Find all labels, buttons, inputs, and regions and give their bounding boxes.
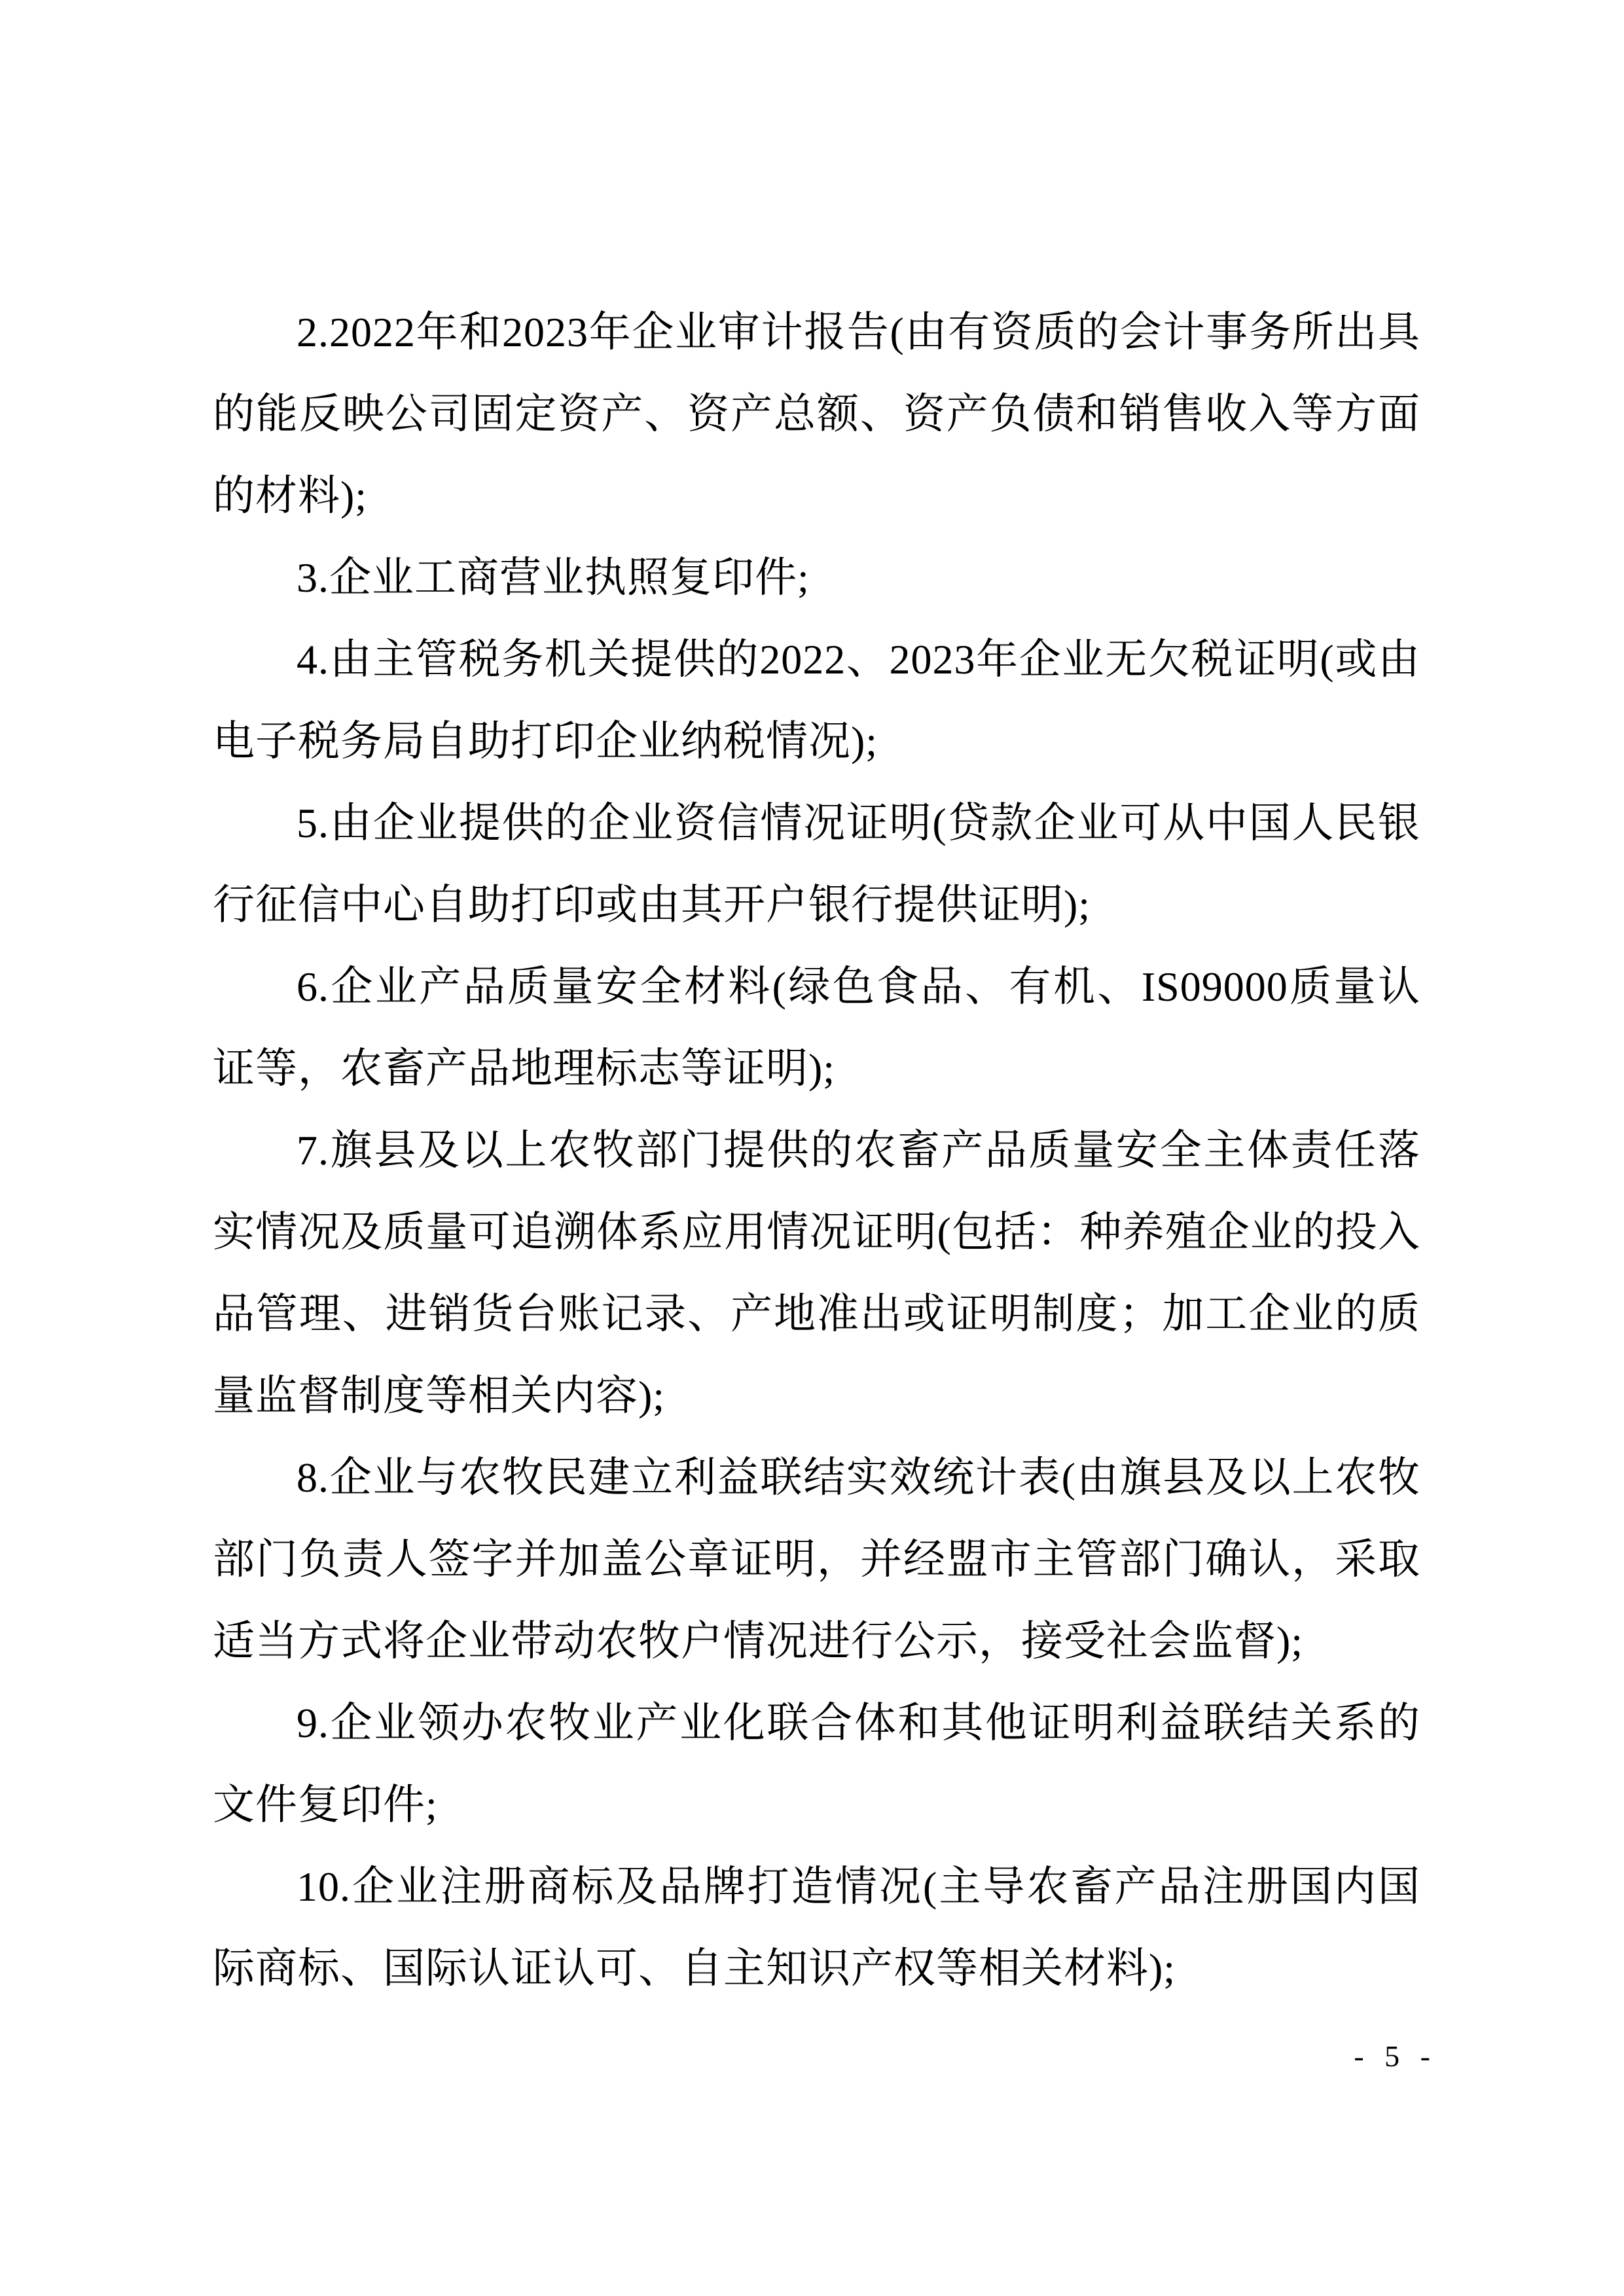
- paragraph-item-8: 8.企业与农牧民建立利益联结实效统计表(由旗县及以上农牧部门负责人签字并加盖公章…: [213, 1437, 1420, 1682]
- paragraph-item-9: 9.企业领办农牧业产业化联合体和其他证明利益联结关系的文件复印件;: [213, 1682, 1420, 1846]
- document-page: 2.2022年和2023年企业审计报告(由有资质的会计事务所出具的能反映公司固定…: [0, 0, 1624, 2296]
- page-number-label: - 5 -: [1354, 2037, 1437, 2076]
- paragraph-item-10: 10.企业注册商标及品牌打造情况(主导农畜产品注册国内国际商标、国际认证认可、自…: [213, 1846, 1420, 2009]
- paragraph-item-6: 6.企业产品质量安全材料(绿色食品、有机、IS09000质量认证等，农畜产品地理…: [213, 946, 1420, 1109]
- paragraph-item-7: 7.旗县及以上农牧部门提供的农畜产品质量安全主体责任落实情况及质量可追溯体系应用…: [213, 1109, 1420, 1437]
- document-body: 2.2022年和2023年企业审计报告(由有资质的会计事务所出具的能反映公司固定…: [213, 291, 1420, 2009]
- paragraph-item-2: 2.2022年和2023年企业审计报告(由有资质的会计事务所出具的能反映公司固定…: [213, 291, 1420, 537]
- paragraph-item-4: 4.由主管税务机关提供的2022、2023年企业无欠税证明(或由电子税务局自助打…: [213, 619, 1420, 782]
- paragraph-item-5: 5.由企业提供的企业资信情况证明(贷款企业可从中国人民银行征信中心自助打印或由其…: [213, 782, 1420, 946]
- paragraph-item-3: 3.企业工商营业执照复印件;: [213, 537, 1420, 619]
